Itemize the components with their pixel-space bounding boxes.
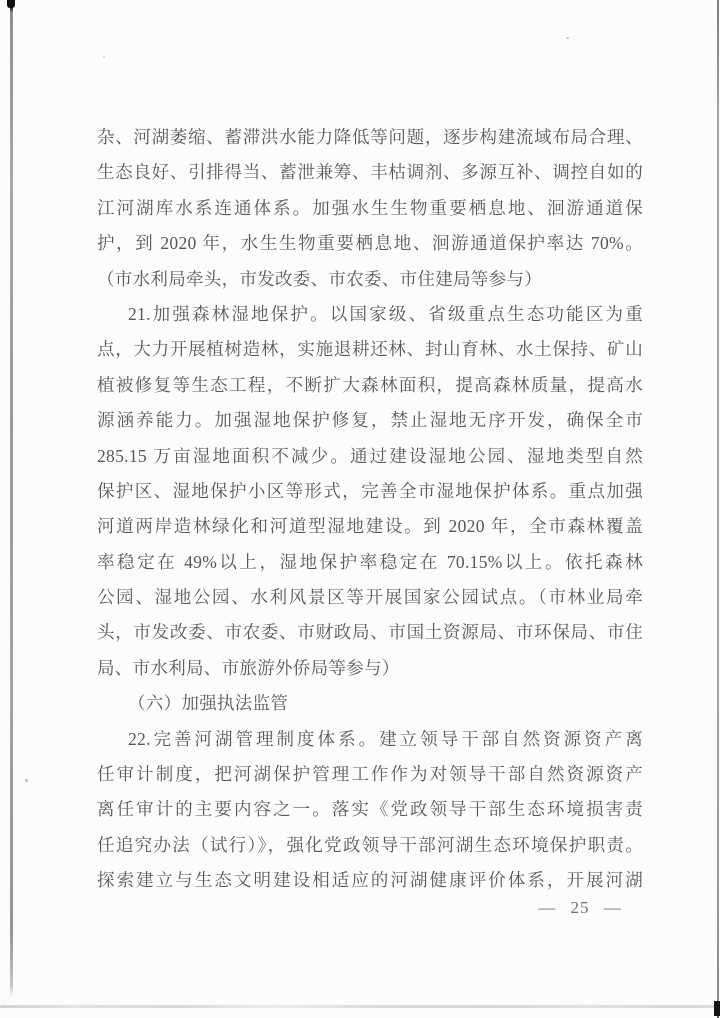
text-line: 局、市水利局、市旅游外侨局等参与） [97,651,643,686]
scan-speck [25,779,28,782]
text-line: 源涵养能力。加强湿地保护修复，禁止湿地无序开发，确保全市 [97,403,643,438]
text-line: （市水利局牵头，市发改委、市农委、市住建局等参与） [97,262,643,297]
text-line: 离任审计的主要内容之一。落实《党政领导干部生态环境损害责 [97,792,643,827]
text-line: 生态良好、引排得当、蓄泄兼筹、丰枯调剂、多源互补、调控自如的 [97,155,643,190]
text-line: 率稳定在 49%以上，湿地保护率稳定在 70.15%以上。依托森林 [97,545,643,580]
scan-speck [103,56,105,58]
text-line: 江河湖库水系连通体系。加强水生生物重要栖息地、洄游通道保 [97,191,643,226]
text-line: 公园、湿地公园、水利风景区等开展国家公园试点。（市林业局牵 [97,580,643,615]
page-number: — 25 — [528,897,632,919]
text-line: 头，市发改委、市农委、市财政局、市国土资源局、市环保局、市住建 [97,615,643,650]
text-line-item-22: 22.完善河湖管理制度体系。建立领导干部自然资源资产离 [97,722,643,757]
scan-bottom-right-mark [714,1001,720,1016]
scan-left-edge-line [10,0,13,997]
scan-speck [566,37,569,39]
text-line: 护，到 2020 年，水生生物重要栖息地、洄游通道保护率达 70%。 [97,226,643,261]
scan-bottom-edge-shadow [0,1005,720,1008]
text-line: 杂、河湖萎缩、蓄滞洪水能力降低等问题，逐步构建流域布局合理、 [97,120,643,155]
text-line: 探索建立与生态文明建设相适应的河湖健康评价体系，开展河湖 [97,863,643,898]
document-body: 杂、河湖萎缩、蓄滞洪水能力降低等问题，逐步构建流域布局合理、 生态良好、引排得当… [97,120,643,899]
scanned-page: 杂、河湖萎缩、蓄滞洪水能力降低等问题，逐步构建流域布局合理、 生态良好、引排得当… [0,0,720,1018]
text-line: 任追究办法（试行）》，强化党政领导干部河湖生态环境保护职责。 [97,828,643,863]
text-line: 点，大力开展植树造林，实施退耕还林、封山育林、水土保持、矿山 [97,332,643,367]
text-line: 285.15 万亩湿地面积不减少。通过建设湿地公园、湿地类型自然 [97,439,643,474]
section-heading-6: （六）加强执法监管 [97,686,643,721]
scan-top-left-mark [7,0,15,8]
text-line-item-21: 21.加强森林湿地保护。以国家级、省级重点生态功能区为重 [97,297,643,332]
text-line: 河道两岸造林绿化和河道型湿地建设。到 2020 年，全市森林覆盖 [97,509,643,544]
scan-right-edge-line [717,0,719,1018]
text-line: 任审计制度，把河湖保护管理工作作为对领导干部自然资源资产 [97,757,643,792]
text-line: 保护区、湿地保护小区等形式，完善全市湿地保护体系。重点加强 [97,474,643,509]
text-line: 植被修复等生态工程，不断扩大森林面积，提高森林质量，提高水 [97,368,643,403]
